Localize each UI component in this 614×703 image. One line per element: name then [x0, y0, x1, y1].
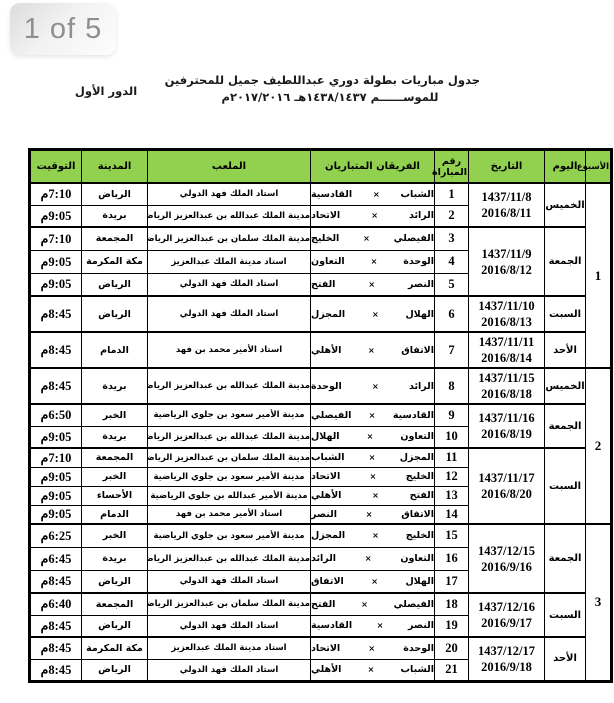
kickoff-time-cell: 7:10م [30, 448, 82, 467]
vs-icon: × [366, 644, 377, 653]
stadium-cell: استاد الملك فهد الدولي [148, 659, 311, 681]
vs-icon: × [364, 510, 375, 519]
kickoff-time-cell: 8:45م [30, 368, 82, 404]
gregorian-date: 2016/8/13 [469, 314, 544, 330]
away-team: المجزل [311, 530, 345, 541]
week-number-cell: 1 [586, 183, 612, 368]
vs-icon: × [370, 382, 381, 391]
kickoff-time-cell: 8:45م [30, 659, 82, 681]
column-header-date: التاريخ [469, 150, 545, 184]
away-team: الفيصلي [311, 410, 351, 421]
match-teams-cell: الوحدة×الاتحاد [311, 637, 435, 659]
home-team: الفيصلي [394, 233, 434, 244]
day-cell: السبت [545, 448, 586, 524]
stadium-cell: مدينة الملك عبدالله بن عبدالعزيز الرياضي… [148, 368, 311, 404]
city-cell: الأحساء [82, 486, 148, 505]
date-cell: 1437/11/92016/8/12 [469, 227, 545, 296]
vs-icon: × [366, 665, 377, 674]
teams-wrap: الفتح×الأهلي [311, 490, 434, 501]
kickoff-time-cell: 6:50م [30, 404, 82, 426]
stadium-cell: استاد الملك فهد الدولي [148, 183, 311, 205]
vs-icon: × [375, 621, 386, 630]
document-title: جدول مباريات بطولة دوري عبداللطيف جميل ل… [180, 72, 480, 106]
vs-icon: × [361, 234, 372, 243]
match-number-cell: 5 [435, 273, 469, 296]
gregorian-date: 2016/8/14 [469, 350, 544, 366]
table-row: 3الجمعة1437/12/152016/9/1615الخليج×المجز… [30, 524, 612, 547]
away-team: الاتفاق [311, 576, 344, 587]
date-cell: 1437/11/102016/8/13 [469, 296, 545, 332]
city-cell: الخبر [82, 524, 148, 547]
home-team: النصر [408, 279, 434, 290]
hijri-date: 1437/11/10 [469, 298, 544, 314]
week-number-cell: 3 [586, 524, 612, 681]
gregorian-date: 2016/8/12 [469, 262, 544, 278]
city-cell: المجمعة [82, 227, 148, 250]
match-number-cell: 12 [435, 467, 469, 486]
kickoff-time-cell: 8:45م [30, 637, 82, 659]
home-team: التعاون [400, 553, 434, 564]
match-number-cell: 17 [435, 570, 469, 593]
home-team: التعاون [400, 431, 434, 442]
teams-wrap: النصر×القادسية [311, 620, 434, 631]
city-cell: الرياض [82, 183, 148, 205]
teams-wrap: الخليج×المجزل [311, 530, 434, 541]
day-cell: الخميس [545, 183, 586, 227]
hijri-date: 1437/11/8 [469, 189, 544, 205]
table-row: الأحد1437/12/172016/9/1820الوحدة×الاتحاد… [30, 637, 612, 659]
date-cell: 1437/12/172016/9/18 [469, 637, 545, 681]
teams-wrap: الرائد×الاتحاد [311, 210, 434, 221]
match-number-cell: 14 [435, 505, 469, 524]
match-teams-cell: الشباب×القادسية [311, 183, 435, 205]
match-teams-cell: الاتفاق×الأهلي [311, 332, 435, 368]
stadium-cell: مدينة الملك سلمان بن عبدالعزيز الرياضية [148, 593, 311, 615]
date-cell: 1437/11/152016/8/18 [469, 368, 545, 404]
page-indicator-badge: 1 of 5 [10, 3, 116, 55]
city-cell: المجمعة [82, 448, 148, 467]
gregorian-date: 2016/8/11 [469, 205, 544, 221]
city-cell: الدمام [82, 505, 148, 524]
teams-wrap: الاتفاق×النصر [311, 509, 434, 520]
away-team: الاتحاد [311, 210, 340, 221]
teams-wrap: الخليج×الاتحاد [311, 471, 434, 482]
hijri-date: 1437/11/9 [469, 246, 544, 262]
day-cell: الأحد [545, 637, 586, 681]
round-label: الدور الأول [70, 84, 142, 98]
kickoff-time-cell: 9:05م [30, 467, 82, 486]
home-team: القادسية [393, 410, 434, 421]
match-number-cell: 13 [435, 486, 469, 505]
table-row: السبت1437/12/162016/9/1718الفيصلي×الفتحم… [30, 593, 612, 615]
column-header-stadium: الملعب [148, 150, 311, 184]
vs-icon: × [369, 211, 380, 220]
vs-icon: × [368, 472, 379, 481]
match-number-cell: 11 [435, 448, 469, 467]
day-cell: السبت [545, 296, 586, 332]
match-number-cell: 9 [435, 404, 469, 426]
away-team: القادسية [311, 620, 352, 631]
home-team: الهلال [405, 576, 434, 587]
stadium-cell: استاد الملك فهد الدولي [148, 273, 311, 296]
column-header-match-no: رقم المباراة [435, 150, 469, 184]
home-team: الخليج [406, 530, 434, 541]
match-teams-cell: الفيصلي×الفتح [311, 593, 435, 615]
match-number-cell: 1 [435, 183, 469, 205]
kickoff-time-cell: 8:45م [30, 570, 82, 593]
teams-wrap: النصر×الفتح [311, 279, 434, 290]
document-title-line1: جدول مباريات بطولة دوري عبداللطيف جميل ل… [180, 72, 480, 89]
match-number-cell: 7 [435, 332, 469, 368]
match-number-cell: 21 [435, 659, 469, 681]
stadium-cell: استاد الأمير محمد بن فهد [148, 332, 311, 368]
date-cell: 1437/12/162016/9/17 [469, 593, 545, 637]
match-number-cell: 20 [435, 637, 469, 659]
teams-wrap: التعاون×الرائد [311, 553, 434, 564]
away-team: الهلال [311, 431, 340, 442]
teams-wrap: التعاون×الهلال [311, 431, 434, 442]
stadium-cell: مدينة الأمير عبدالله بن جلوي الرياضية [148, 486, 311, 505]
city-cell: الرياض [82, 659, 148, 681]
teams-wrap: الفيصلي×الخليج [311, 233, 434, 244]
day-cell: الجمعة [545, 404, 586, 448]
away-team: القادسية [311, 189, 352, 200]
kickoff-time-cell: 9:05م [30, 426, 82, 448]
match-teams-cell: التعاون×الرائد [311, 547, 435, 570]
stadium-cell: استاد مدينة الملك عبدالعزيز [148, 250, 311, 273]
table-row: 1الخميس1437/11/82016/8/111الشباب×القادسي… [30, 183, 612, 205]
city-cell: الرياض [82, 570, 148, 593]
column-header-city: المدينة [82, 150, 148, 184]
day-cell: الجمعة [545, 524, 586, 593]
vs-icon: × [370, 310, 381, 319]
match-teams-cell: التعاون×الهلال [311, 426, 435, 448]
teams-wrap: المجزل×الشباب [311, 452, 434, 463]
table-row: السبت1437/11/102016/8/136الهلال×المجزلاس… [30, 296, 612, 332]
day-cell: الأحد [545, 332, 586, 368]
match-number-cell: 6 [435, 296, 469, 332]
table-row: الأحد1437/11/112016/8/147الاتفاق×الأهليا… [30, 332, 612, 368]
teams-wrap: الرائد×الوحدة [311, 381, 434, 392]
vs-icon: × [365, 432, 376, 441]
hijri-date: 1437/12/15 [469, 543, 544, 559]
match-number-cell: 4 [435, 250, 469, 273]
home-team: الفيصلي [394, 599, 434, 610]
hijri-date: 1437/11/17 [469, 470, 544, 486]
stadium-cell: مدينة الأمير سعود بن جلوي الرياضية [148, 467, 311, 486]
away-team: الفتح [311, 279, 335, 290]
kickoff-time-cell: 8:45م [30, 296, 82, 332]
home-team: الخليج [406, 471, 434, 482]
home-team: الشباب [401, 664, 434, 675]
home-team: الرائد [409, 381, 434, 392]
kickoff-time-cell: 7:10م [30, 227, 82, 250]
city-cell: بريدة [82, 368, 148, 404]
match-teams-cell: النصر×القادسية [311, 615, 435, 637]
date-cell: 1437/11/112016/8/14 [469, 332, 545, 368]
match-number-cell: 3 [435, 227, 469, 250]
away-team: التعاون [311, 256, 345, 267]
vs-icon: × [366, 346, 377, 355]
gregorian-date: 2016/8/20 [469, 486, 544, 502]
kickoff-time-cell: 9:05م [30, 505, 82, 524]
kickoff-time-cell: 9:05م [30, 273, 82, 296]
table-row: الجمعة1437/11/162016/8/199القادسية×الفيص… [30, 404, 612, 426]
date-cell: 1437/11/172016/8/20 [469, 448, 545, 524]
gregorian-date: 2016/9/18 [469, 659, 544, 675]
kickoff-time-cell: 6:25م [30, 524, 82, 547]
match-teams-cell: الوحدة×التعاون [311, 250, 435, 273]
stadium-cell: مدينة الأمير سعود بن جلوي الرياضية [148, 404, 311, 426]
match-teams-cell: الفتح×الأهلي [311, 486, 435, 505]
kickoff-time-cell: 9:05م [30, 250, 82, 273]
date-cell: 1437/11/82016/8/11 [469, 183, 545, 227]
vs-icon: × [371, 190, 382, 199]
stadium-cell: مدينة الملك سلمان بن عبدالعزيز الرياضية [148, 448, 311, 467]
city-cell: الرياض [82, 273, 148, 296]
kickoff-time-cell: 6:40م [30, 593, 82, 615]
home-team: الهلال [405, 309, 434, 320]
home-team: النصر [408, 620, 434, 631]
city-cell: الرياض [82, 615, 148, 637]
city-cell: بريدة [82, 205, 148, 227]
document-title-line2: للموســــــم ١٤٣٨/١٤٣٧هـ ٢٠١٧/٢٠١٦م [180, 89, 480, 106]
city-cell: الخبر [82, 467, 148, 486]
gregorian-date: 2016/9/16 [469, 559, 544, 575]
away-team: الخليج [311, 233, 339, 244]
city-cell: المجمعة [82, 593, 148, 615]
teams-wrap: القادسية×الفيصلي [311, 410, 434, 421]
day-cell: الخميس [545, 368, 586, 404]
table-row: 2الخميس1437/11/152016/8/188الرائد×الوحدة… [30, 368, 612, 404]
city-cell: بريدة [82, 547, 148, 570]
away-team: النصر [311, 509, 337, 520]
kickoff-time-cell: 7:10م [30, 183, 82, 205]
hijri-date: 1437/12/17 [469, 643, 544, 659]
match-teams-cell: الرائد×الاتحاد [311, 205, 435, 227]
match-teams-cell: الهلال×المجزل [311, 296, 435, 332]
match-number-cell: 2 [435, 205, 469, 227]
match-teams-cell: الشباب×الأهلي [311, 659, 435, 681]
stadium-cell: مدينة الملك عبدالله بن عبدالعزيز الرياضي… [148, 426, 311, 448]
teams-wrap: الفيصلي×الفتح [311, 599, 434, 610]
match-teams-cell: الفيصلي×الخليج [311, 227, 435, 250]
kickoff-time-cell: 9:05م [30, 486, 82, 505]
teams-wrap: الوحدة×التعاون [311, 256, 434, 267]
gregorian-date: 2016/8/18 [469, 386, 544, 402]
day-cell: الجمعة [545, 227, 586, 296]
away-team: الفتح [311, 599, 335, 610]
away-team: الرائد [311, 553, 336, 564]
vs-icon: × [370, 531, 381, 540]
away-team: الأهلي [311, 345, 341, 356]
home-team: الرائد [409, 210, 434, 221]
teams-wrap: الشباب×القادسية [311, 189, 434, 200]
vs-icon: × [369, 577, 380, 586]
match-number-cell: 8 [435, 368, 469, 404]
away-team: الأهلي [311, 490, 341, 501]
away-team: الوحدة [311, 381, 342, 392]
vs-icon: × [367, 411, 378, 420]
vs-icon: × [367, 453, 378, 462]
city-cell: بريدة [82, 426, 148, 448]
city-cell: الدمام [82, 332, 148, 368]
stadium-cell: مدينة الملك عبدالله بن عبدالعزيز الرياضي… [148, 547, 311, 570]
home-team: الفتح [410, 490, 434, 501]
match-teams-cell: الخليج×المجزل [311, 524, 435, 547]
home-team: الوحدة [403, 256, 434, 267]
stadium-cell: مدينة الملك سلمان بن عبدالعزيز الرياضية [148, 227, 311, 250]
kickoff-time-cell: 9:05م [30, 205, 82, 227]
kickoff-time-cell: 8:45م [30, 332, 82, 368]
stadium-cell: مدينة الملك عبدالله بن عبدالعزيز الرياضي… [148, 205, 311, 227]
match-number-cell: 16 [435, 547, 469, 570]
date-cell: 1437/12/152016/9/16 [469, 524, 545, 593]
table-row: السبت1437/11/172016/8/2011المجزل×الشبابم… [30, 448, 612, 467]
match-teams-cell: الاتفاق×النصر [311, 505, 435, 524]
city-cell: مكة المكرمة [82, 637, 148, 659]
stadium-cell: استاد الملك فهد الدولي [148, 296, 311, 332]
away-team: الأهلي [311, 664, 341, 675]
vs-icon: × [366, 280, 377, 289]
teams-wrap: الهلال×المجزل [311, 309, 434, 320]
home-team: الاتفاق [401, 509, 434, 520]
city-cell: الرياض [82, 296, 148, 332]
match-teams-cell: النصر×الفتح [311, 273, 435, 296]
hijri-date: 1437/11/16 [469, 410, 544, 426]
city-cell: الخبر [82, 404, 148, 426]
away-team: الاتحاد [311, 471, 340, 482]
teams-wrap: الشباب×الأهلي [311, 664, 434, 675]
match-number-cell: 15 [435, 524, 469, 547]
schedule-table-body: 1الخميس1437/11/82016/8/111الشباب×القادسي… [30, 183, 612, 681]
match-teams-cell: القادسية×الفيصلي [311, 404, 435, 426]
city-cell: مكة المكرمة [82, 250, 148, 273]
match-number-cell: 18 [435, 593, 469, 615]
teams-wrap: الهلال×الاتفاق [311, 576, 434, 587]
kickoff-time-cell: 8:45م [30, 615, 82, 637]
vs-icon: × [363, 554, 374, 563]
home-team: الشباب [401, 189, 434, 200]
teams-wrap: الوحدة×الاتحاد [311, 643, 434, 654]
home-team: الاتفاق [401, 345, 434, 356]
stadium-cell: استاد مدينة الملك عبدالعزيز [148, 637, 311, 659]
day-cell: السبت [545, 593, 586, 637]
hijri-date: 1437/11/11 [469, 334, 544, 350]
column-header-week: الأسبوع [586, 150, 612, 184]
teams-wrap: الاتفاق×الأهلي [311, 345, 434, 356]
away-team: الشباب [311, 452, 344, 463]
away-team: الاتحاد [311, 643, 340, 654]
home-team: الوحدة [403, 643, 434, 654]
gregorian-date: 2016/9/17 [469, 615, 544, 631]
match-number-cell: 10 [435, 426, 469, 448]
vs-icon: × [370, 491, 381, 500]
match-teams-cell: المجزل×الشباب [311, 448, 435, 467]
hijri-date: 1437/12/16 [469, 599, 544, 615]
vs-icon: × [369, 257, 380, 266]
date-cell: 1437/11/162016/8/19 [469, 404, 545, 448]
column-header-teams: الفريقان المتباريان [311, 150, 435, 184]
match-teams-cell: الخليج×الاتحاد [311, 467, 435, 486]
table-row: الجمعة1437/11/92016/8/123الفيصلي×الخليجم… [30, 227, 612, 250]
column-header-time: التوقيت [30, 150, 82, 184]
stadium-cell: استاد الأمير محمد بن فهد [148, 505, 311, 524]
match-number-cell: 19 [435, 615, 469, 637]
hijri-date: 1437/11/15 [469, 370, 544, 386]
table-header: الأسبوع اليوم التاريخ رقم المباراة الفري… [30, 150, 612, 184]
stadium-cell: استاد الملك فهد الدولي [148, 615, 311, 637]
kickoff-time-cell: 6:45م [30, 547, 82, 570]
match-teams-cell: الرائد×الوحدة [311, 368, 435, 404]
home-team: المجزل [400, 452, 434, 463]
match-teams-cell: الهلال×الاتفاق [311, 570, 435, 593]
vs-icon: × [359, 600, 370, 609]
stadium-cell: استاد الملك فهد الدولي [148, 570, 311, 593]
match-schedule-table: الأسبوع اليوم التاريخ رقم المباراة الفري… [28, 148, 613, 683]
stadium-cell: مدينة الأمير سعود بن جلوي الرياضية [148, 524, 311, 547]
week-number-cell: 2 [586, 368, 612, 524]
away-team: المجزل [311, 309, 345, 320]
gregorian-date: 2016/8/19 [469, 426, 544, 442]
